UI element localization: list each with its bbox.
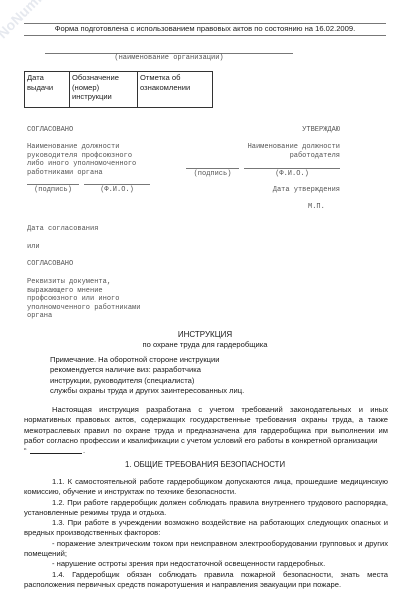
document-subtitle: по охране труда для гардеробщика — [24, 340, 386, 350]
right-signature-line[interactable] — [186, 168, 239, 169]
union-position-line: работниками органа — [27, 169, 167, 178]
agreement-date-label: Дата согласования — [27, 225, 98, 234]
employer-position-line: работодателя — [220, 152, 340, 161]
requisites-line: уполномоченного работниками — [27, 304, 177, 313]
left-name-line[interactable] — [84, 184, 150, 185]
intro-end: . — [83, 446, 85, 456]
requisites-line: выражающего мнение — [27, 287, 177, 296]
section-1-title: 1. ОБЩИЕ ТРЕБОВАНИЯ БЕЗОПАСНОСТИ — [24, 460, 386, 470]
section-item: - нарушение остроты зрения при недостато… — [24, 559, 388, 569]
note-line: Примечание. На оборотной стороне инструк… — [50, 355, 300, 365]
organization-blank-line[interactable] — [30, 453, 82, 454]
right-signature-caption: (подпись) — [186, 170, 239, 179]
requisites-block: Реквизиты документа, выражающего мнение … — [27, 278, 177, 321]
left-signature-line[interactable] — [27, 184, 79, 185]
union-position-line: Наименование должности — [27, 143, 167, 152]
issue-table: Дата выдачи Обозначение (номер) инструкц… — [24, 71, 213, 108]
header-note: Форма подготовлена с использованием прав… — [24, 24, 386, 34]
union-position-line: руководителя профсоюзного — [27, 152, 167, 161]
intro-text: Настоящая инструкция разработана с учето… — [24, 405, 388, 445]
table-header-issue-date: Дата выдачи — [25, 72, 70, 108]
section-item: - поражение электрическим током при неис… — [24, 539, 388, 560]
section-1-body: 1.1. К самостоятельной работе гардеробщи… — [24, 477, 388, 590]
note-line: инструкции, руководителя (специалиста) — [50, 376, 300, 386]
intro-quote-open: “ — [24, 446, 27, 456]
header-rule-bottom — [24, 35, 386, 36]
section-item: 1.2. При работе гардеробщик должен соблю… — [24, 498, 388, 519]
section-item: 1.3. При работе в учреждении возможно во… — [24, 518, 388, 539]
approved-left-title: СОГЛАСОВАНО — [27, 126, 73, 135]
section-item: 1.4. Гардеробщик обязан соблюдать правил… — [24, 570, 388, 591]
requisites-line: органа — [27, 312, 177, 321]
union-position-block: Наименование должности руководителя проф… — [27, 143, 167, 177]
left-name-caption: (Ф.И.О.) — [84, 186, 150, 195]
or-label: или — [27, 243, 40, 252]
employer-position-line: Наименование должности — [220, 143, 340, 152]
note-block: Примечание. На оборотной стороне инструк… — [50, 355, 300, 396]
left-signature-caption: (подпись) — [27, 186, 79, 195]
note-line: службы охраны труда и других заинтересов… — [50, 386, 300, 396]
section-item: 1.1. К самостоятельной работе гардеробщи… — [24, 477, 388, 498]
requisites-line: профсоюзного или иного — [27, 295, 177, 304]
requisites-line: Реквизиты документа, — [27, 278, 177, 287]
note-line: рекомендуется наличие виз: разработчика — [50, 365, 300, 375]
stamp-label: М.П. — [308, 203, 325, 212]
union-position-line: либо иного уполномоченного — [27, 160, 167, 169]
table-header-acknowledgement: Отметка об ознакомлении — [138, 72, 213, 108]
approved-left-title-2: СОГЛАСОВАНО — [27, 260, 73, 269]
table-header-instruction-number: Обозначение (номер) инструкции — [70, 72, 138, 108]
right-name-caption: (Ф.И.О.) — [244, 170, 340, 179]
employer-position-block: Наименование должности работодателя — [220, 143, 340, 160]
approval-date-label: Дата утверждения — [240, 186, 340, 195]
organization-caption: (наименование организации) — [45, 54, 293, 63]
right-name-line[interactable] — [244, 168, 340, 169]
document-title: ИНСТРУКЦИЯ — [24, 330, 386, 340]
intro-paragraph: Настоящая инструкция разработана с учето… — [24, 405, 388, 446]
approved-right-title: УТВЕРЖДАЮ — [240, 126, 340, 135]
